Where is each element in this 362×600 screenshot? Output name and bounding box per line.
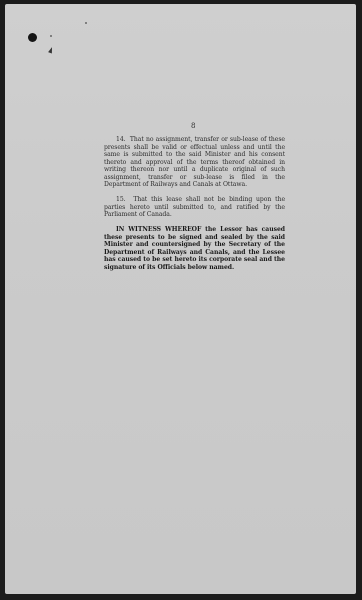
scan-frame: 8 14. That no assignment, transfer or su… [0,0,362,600]
punch-hole-mark [28,33,37,42]
document-page: 8 14. That no assignment, transfer or su… [5,4,356,594]
speck-mark [85,22,87,24]
page-number: 8 [191,122,195,130]
paragraph-text: IN WITNESS WHEREOF the Lessor has caused… [104,226,285,271]
paragraph-text: That no assignment, transfer or sub-leas… [104,136,285,188]
paragraph-number: 15. [116,196,126,203]
paragraph-number: 14. [116,136,126,143]
paragraph-15: 15. That this lease shall not be binding… [104,196,285,219]
paragraph-text: That this lease shall not be binding upo… [104,196,285,218]
speck-mark [50,35,52,37]
paragraph-14: 14. That no assignment, transfer or sub-… [104,136,285,189]
document-body: 14. That no assignment, transfer or sub-… [104,136,285,279]
witness-clause: IN WITNESS WHEREOF the Lessor has caused… [104,226,285,271]
arrow-mark-icon [48,46,54,53]
